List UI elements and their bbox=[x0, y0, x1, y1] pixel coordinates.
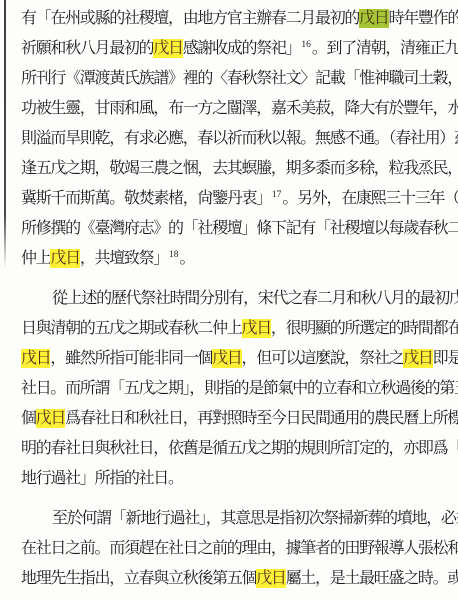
text-segment: 明的春社日與秋社日，依舊是循五戊之期的規則所訂定的，亦即爲「新 bbox=[21, 440, 458, 457]
text-line: 冀斯千而斯萬。敬焚素楮，尙鑒丹衷」17。另外，在康熙三十三年（1694） bbox=[21, 184, 452, 214]
text-segment: 爲春社日和秋社日，再對照時至今日民間通用的農民曆上所標 bbox=[65, 410, 458, 427]
text-line: 至於何謂「新地行過社」，其意思是指初次祭掃新葬的墳地，必須 bbox=[21, 504, 452, 534]
text-segment: 在社日之前。而須趕在社日之前的理由，據筆者的田野報導人張松和 bbox=[21, 540, 458, 557]
text-segment: ，很明顯的所選定的時間都在 bbox=[271, 320, 458, 337]
text-segment: 屬土，是土最旺盛之時。或 bbox=[286, 570, 458, 587]
text-segment: 。到了清朝，清雍正九年 bbox=[312, 40, 458, 57]
text-segment: 仲上 bbox=[21, 250, 50, 267]
text-segment: 從上述的歷代祭社時間分別有，宋代之春二月和秋八月的最初戊 bbox=[52, 290, 458, 307]
text-segment: 有「在州或縣的社稷壇，由地方官主辦春二月最初的 bbox=[21, 10, 359, 27]
highlighted-term: 戊日 bbox=[403, 349, 432, 368]
footnote-ref: 18 bbox=[169, 250, 179, 260]
text-segment: 祈願和秋八月最初的 bbox=[21, 40, 153, 57]
text-line: 地理先生指出，立春與立秋後第五個戊日屬土，是土最旺盛之時。或 bbox=[21, 564, 452, 594]
text-line: 有「在州或縣的社稷壇，由地方官主辦春二月最初的戊日時年豐作的 bbox=[21, 4, 452, 34]
text-content: 有「在州或縣的社稷壇，由地方官主辦春二月最初的戊日時年豐作的祈願和秋八月最初的戊… bbox=[0, 0, 458, 594]
text-segment: 至於何謂「新地行過社」，其意思是指初次祭掃新葬的墳地，必須 bbox=[52, 510, 458, 527]
text-segment: 感謝收成的祭祀」 bbox=[183, 40, 301, 57]
highlighted-term: 戊日 bbox=[50, 249, 79, 268]
text-line: 在社日之前。而須趕在社日之前的理由，據筆者的田野報導人張松和 bbox=[21, 534, 452, 564]
text-segment: ，雖然所指可能非同一個 bbox=[50, 350, 212, 367]
text-segment: 。 bbox=[180, 250, 195, 267]
text-segment: 。另外，在康熙三十三年（1694） bbox=[282, 190, 458, 207]
text-line: 祈願和秋八月最初的戊日感謝收成的祭祀」16。到了清朝，清雍正九年 bbox=[21, 34, 452, 64]
text-line: 社日。而所謂「五戊之期」，則指的是節氣中的立春和立秋過後的第五 bbox=[21, 374, 452, 404]
text-segment: 時年豐作的 bbox=[389, 10, 458, 27]
paragraph: 從上述的歷代祭社時間分別有，宋代之春二月和秋八月的最初戊日與清朝的五戊之期或春秋… bbox=[21, 284, 452, 494]
text-segment: 則溢而旱則乾，有求必應，春以祈而秋以報。無感不通。（春社用）茲 bbox=[21, 130, 458, 147]
text-line: 戊日，雖然所指可能非同一個戊日，但可以這麼說，祭社之戊日即是 bbox=[21, 344, 452, 374]
text-line: 明的春社日與秋社日，依舊是循五戊之期的規則所訂定的，亦即爲「新 bbox=[21, 434, 452, 464]
text-line: 個戊日爲春社日和秋社日，再對照時至今日民間通用的農民曆上所標 bbox=[21, 404, 452, 434]
footnote-ref: 16 bbox=[301, 40, 311, 50]
text-segment: 地行過社」所指的社日。 bbox=[21, 470, 183, 487]
text-segment: 日與清朝的五戊之期或春秋二仲上 bbox=[21, 320, 242, 337]
highlighted-term: 戊日 bbox=[242, 319, 271, 338]
text-line: 則溢而旱則乾，有求必應，春以祈而秋以報。無感不通。（春社用）茲 bbox=[21, 124, 452, 154]
text-segment: ，共壇致祭」 bbox=[80, 250, 168, 267]
text-line: 所刊行《潭渡黃氏族譜》裡的〈春秋祭社文〉記載「惟神職司土穀， bbox=[21, 64, 452, 94]
paragraph: 至於何謂「新地行過社」，其意思是指初次祭掃新葬的墳地，必須在社日之前。而須趕在社… bbox=[21, 504, 452, 594]
text-segment: 地理先生指出，立春與立秋後第五個 bbox=[21, 570, 256, 587]
text-line: 地行過社」所指的社日。 bbox=[21, 464, 452, 494]
text-segment: 所刊行《潭渡黃氏族譜》裡的〈春秋祭社文〉記載「惟神職司土穀， bbox=[21, 70, 458, 87]
text-segment: 逢五戊之期，敬竭三農之悃，去其螟螣，期多黍而多稌，粒我烝民， bbox=[21, 160, 458, 177]
highlighted-term: 戊日 bbox=[36, 409, 65, 428]
footnote-ref: 17 bbox=[272, 190, 282, 200]
highlighted-term: 戊日 bbox=[153, 39, 182, 58]
text-line: 逢五戊之期，敬竭三農之悃，去其螟螣，期多黍而多稌，粒我烝民， bbox=[21, 154, 452, 184]
text-line: 功被生靈，甘雨和風，布一方之闓澤，嘉禾美菽，降大有於豐年，水 bbox=[21, 94, 452, 124]
text-segment: 功被生靈，甘雨和風，布一方之闓澤，嘉禾美菽，降大有於豐年，水 bbox=[21, 100, 458, 117]
text-line: 從上述的歷代祭社時間分別有，宋代之春二月和秋八月的最初戊 bbox=[21, 284, 452, 314]
highlighted-term: 戊日 bbox=[21, 349, 50, 368]
text-segment: 個 bbox=[21, 410, 36, 427]
text-line: 仲上戊日，共壇致祭」18。 bbox=[21, 244, 452, 274]
text-segment: 即是 bbox=[433, 350, 458, 367]
highlighted-term: 戊日 bbox=[256, 569, 285, 588]
highlighted-term: 戊日 bbox=[212, 349, 241, 368]
text-line: 所修撰的《臺灣府志》的「社稷壇」條下記有「社稷壇以每歲春秋二 bbox=[21, 214, 452, 244]
paragraph: 有「在州或縣的社稷壇，由地方官主辦春二月最初的戊日時年豐作的祈願和秋八月最初的戊… bbox=[21, 4, 452, 274]
text-segment: ，但可以這麼說，祭社之 bbox=[242, 350, 404, 367]
highlighted-term: 戊日 bbox=[359, 9, 388, 28]
text-line: 日與清朝的五戊之期或春秋二仲上戊日，很明顯的所選定的時間都在 bbox=[21, 314, 452, 344]
text-segment: 社日。而所謂「五戊之期」，則指的是節氣中的立春和立秋過後的第五 bbox=[21, 380, 458, 397]
text-segment: 冀斯千而斯萬。敬焚素楮，尙鑒丹衷」 bbox=[21, 190, 271, 207]
text-segment: 所修撰的《臺灣府志》的「社稷壇」條下記有「社稷壇以每歲春秋二 bbox=[21, 220, 458, 237]
